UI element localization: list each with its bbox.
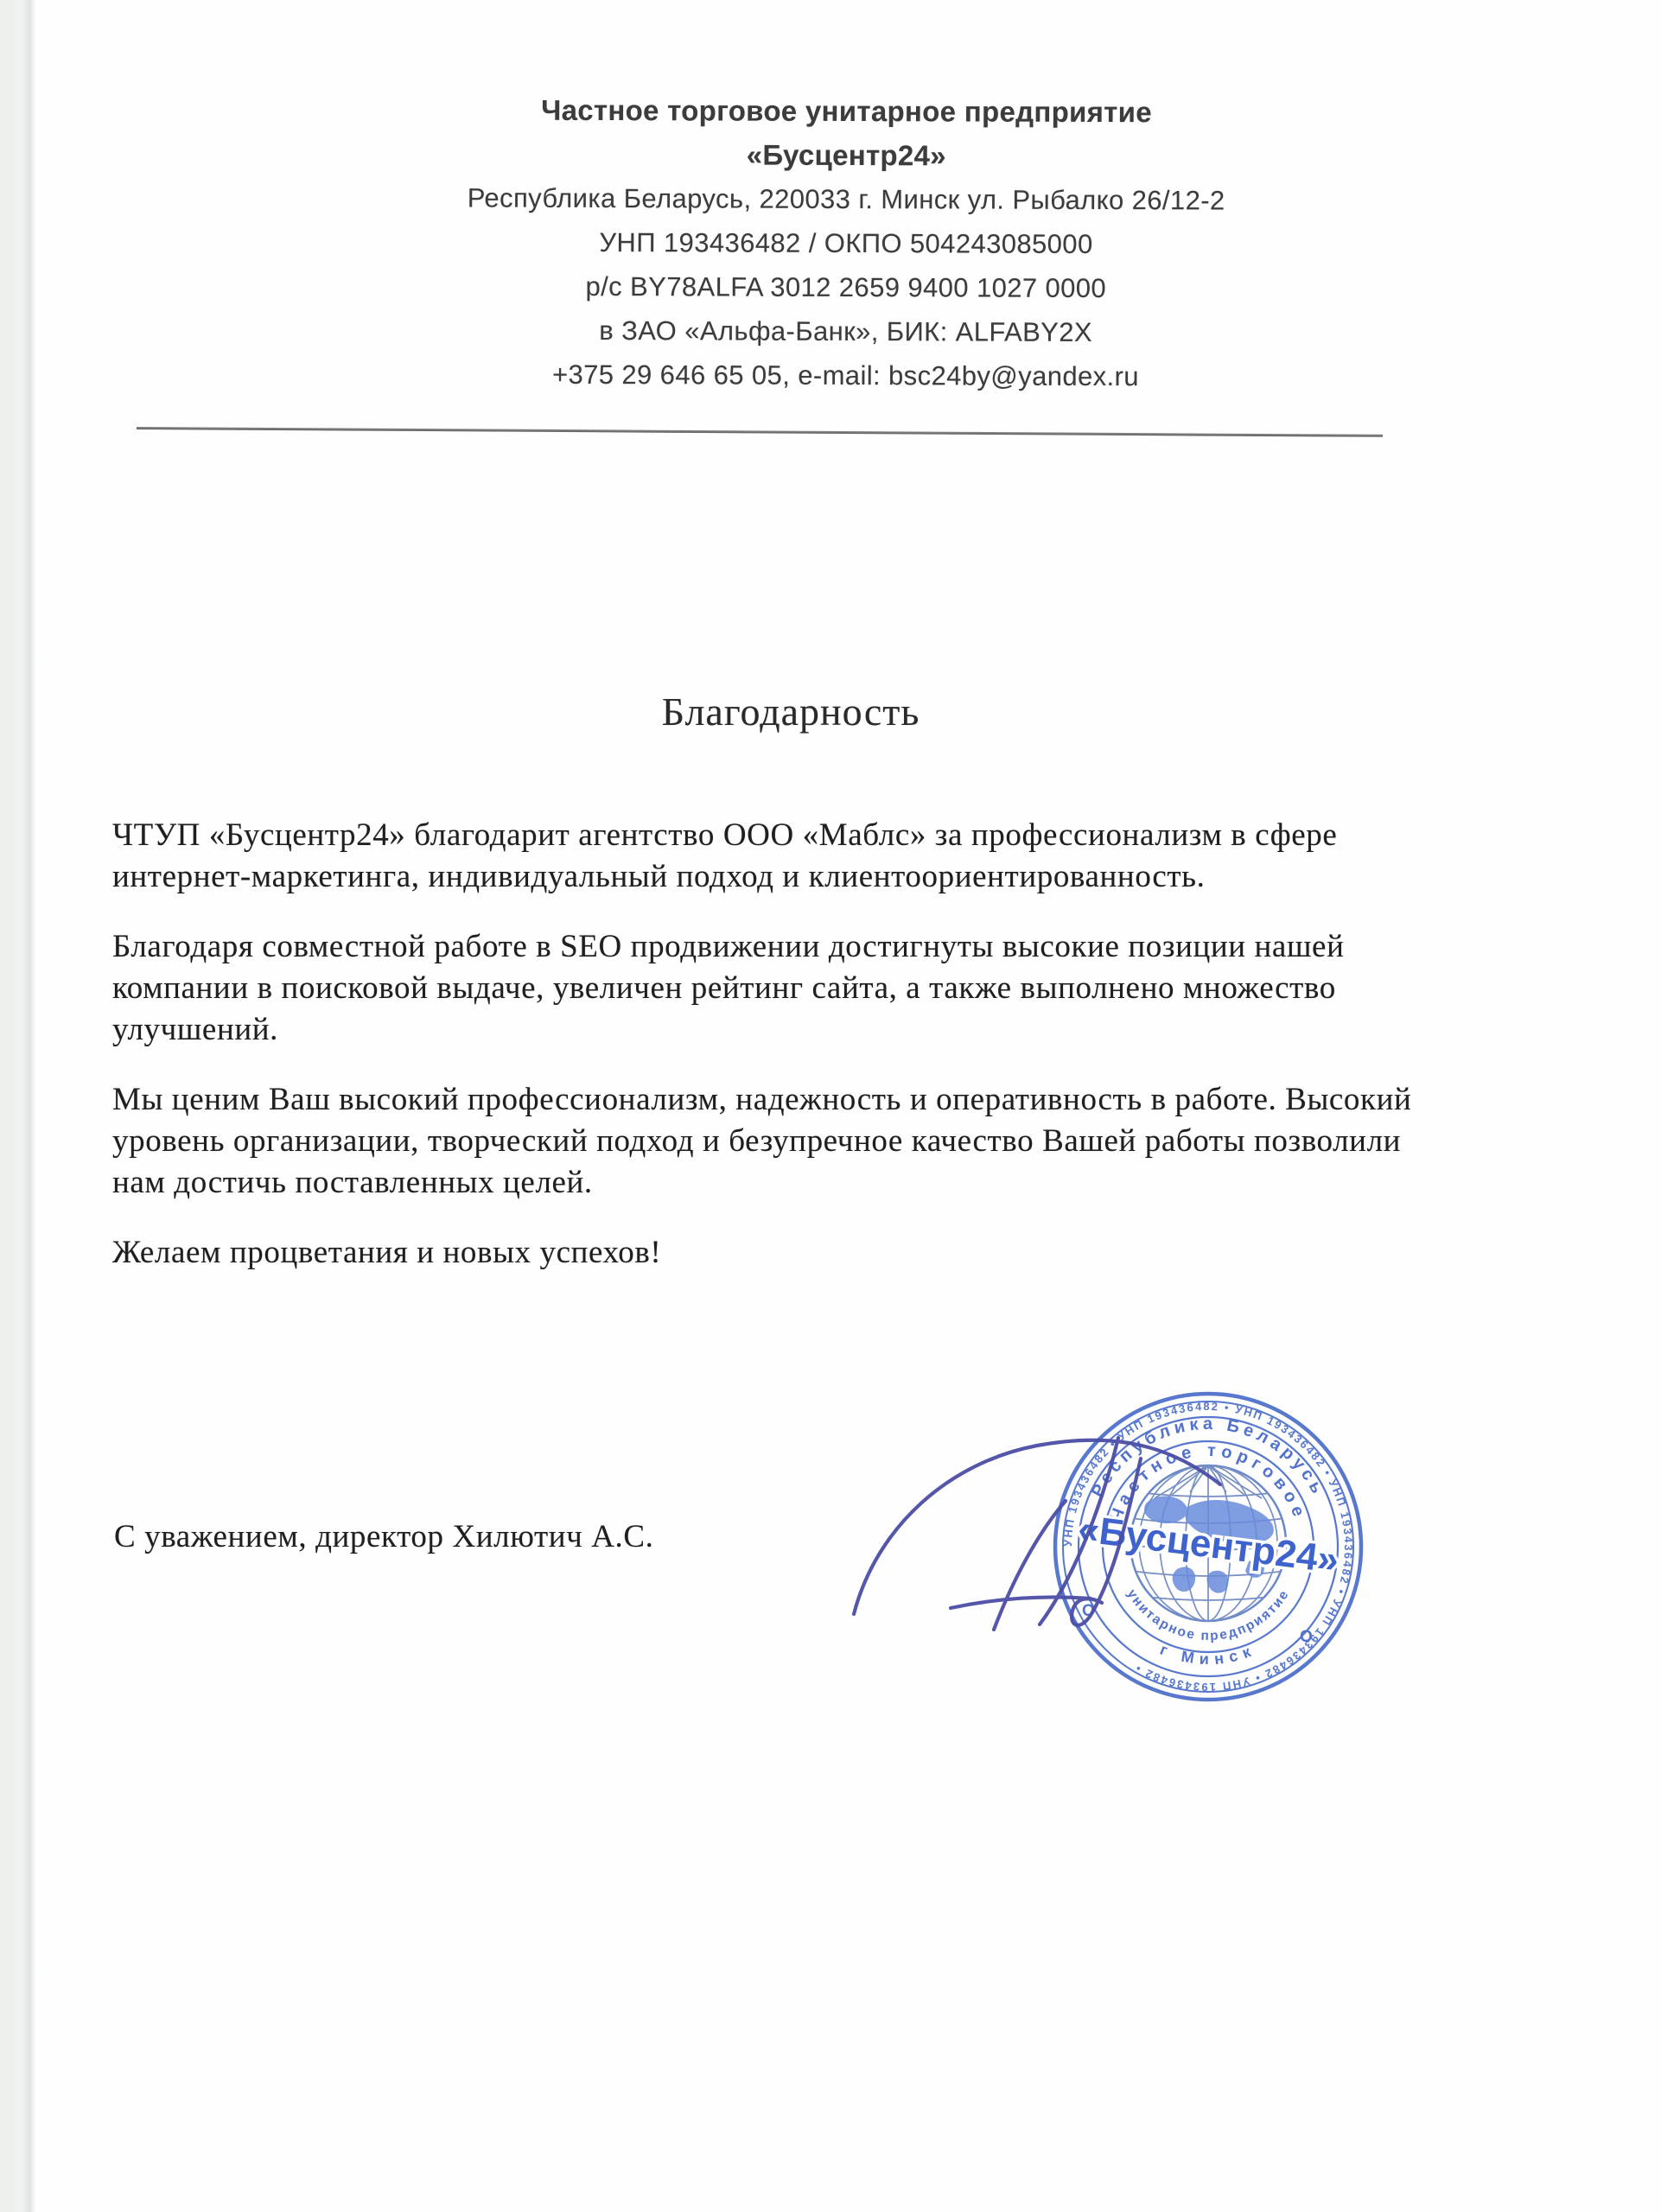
letterhead-line: в ЗАО «Альфа-Банк», БИК: ALFABY2X — [16, 307, 1661, 357]
scanned-letter: Частное торговое унитарное предприятие «… — [0, 0, 1661, 2212]
paragraph: Благодаря совместной работе в SEO продви… — [112, 926, 1556, 1051]
company-type: Частное торговое унитарное предприятие — [16, 86, 1661, 137]
document-title: Благодарность — [0, 689, 1621, 734]
paragraph: Желаем процветания и новых успехов! — [112, 1232, 1556, 1274]
letterhead-line: р/с BY78ALFA 3012 2659 9400 1027 0000 — [16, 263, 1661, 313]
letter-body: ЧТУП «Бусцентр24» благодарит агентство О… — [112, 815, 1556, 1302]
signature-ink — [804, 1400, 1296, 1659]
letterhead: Частное торговое унитарное предприятие «… — [15, 86, 1661, 401]
company-name: «Бусцентр24» — [16, 130, 1661, 181]
signoff-line: С уважением, директор Хилютич А.С. — [114, 1518, 654, 1555]
header-divider — [137, 427, 1383, 437]
letterhead-line: +375 29 646 65 05, e-mail: bsc24by@yande… — [15, 351, 1661, 401]
letterhead-line: УНП 193436482 / ОКПО 504243085000 — [16, 219, 1661, 269]
letterhead-line: Республика Беларусь, 220033 г. Минск ул.… — [16, 175, 1661, 225]
stamp-separator-right: О — [1300, 1628, 1313, 1646]
letterhead-details: Республика Беларусь, 220033 г. Минск ул.… — [15, 175, 1661, 401]
paragraph: ЧТУП «Бусцентр24» благодарит агентство О… — [112, 815, 1556, 898]
paragraph: Мы ценим Ваш высокий профессионализм, на… — [112, 1079, 1556, 1204]
